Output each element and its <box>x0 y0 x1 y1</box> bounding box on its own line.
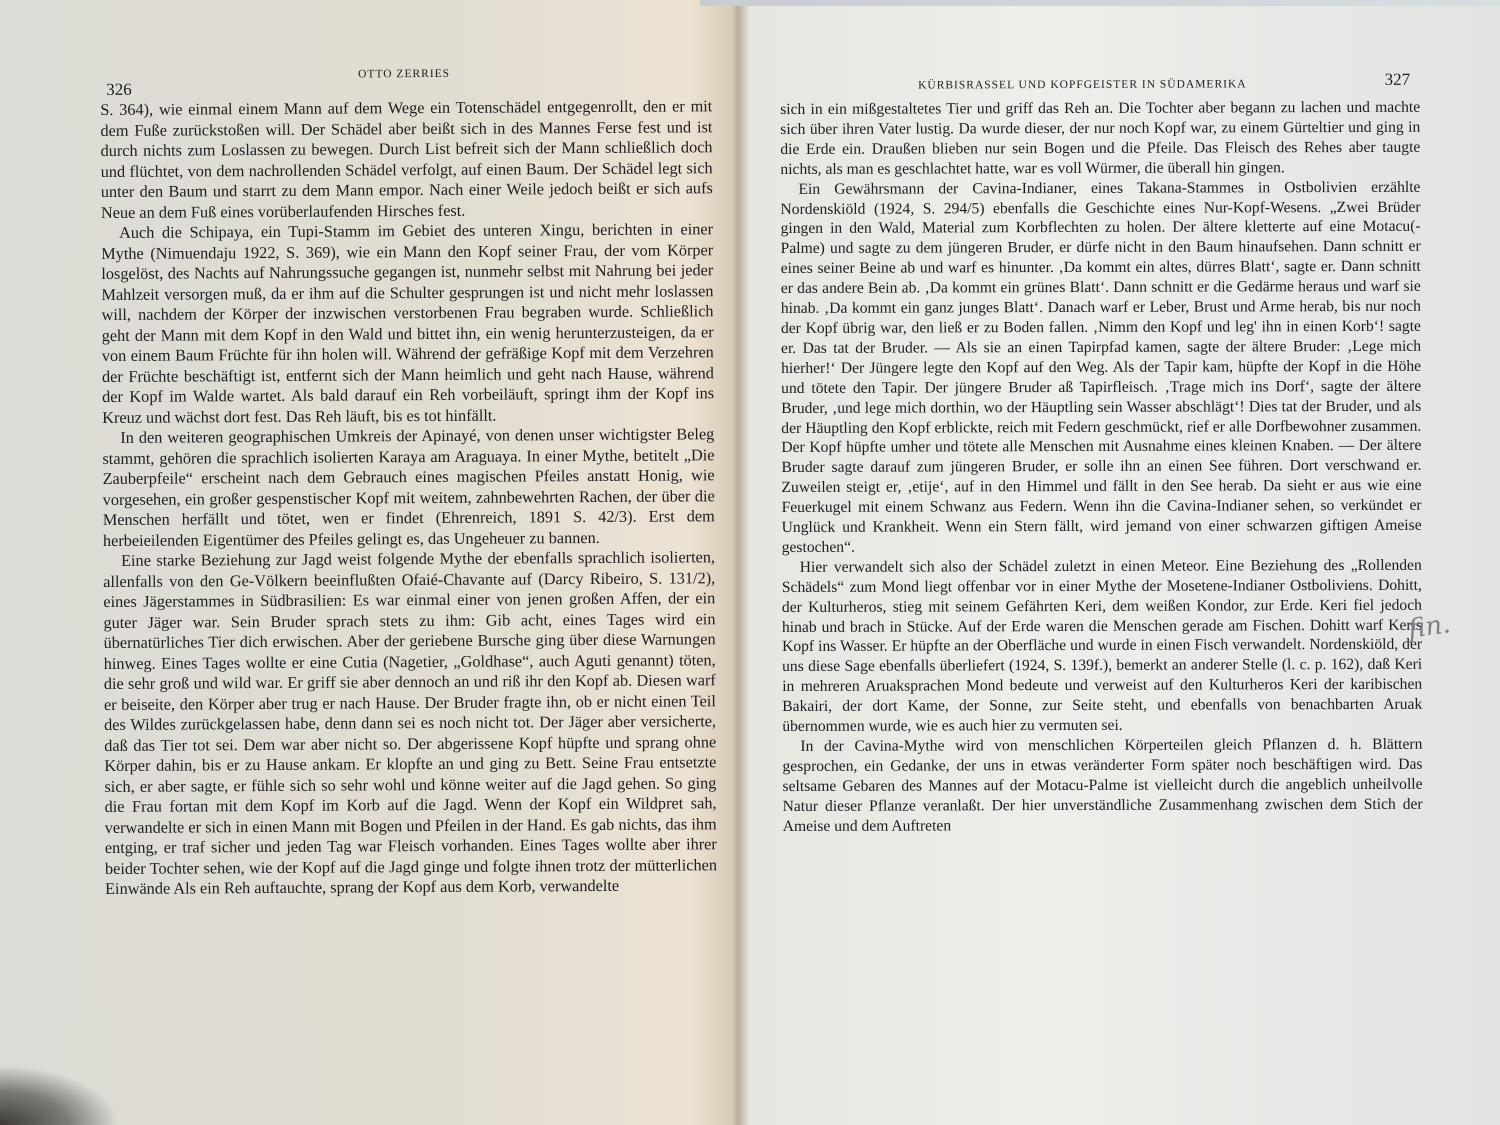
left-running-head: 326 OTTO ZERRIES <box>100 56 712 100</box>
left-running-title: OTTO ZERRIES <box>358 68 450 81</box>
right-running-head: KÜRBISRASSEL UND KOPFGEISTER IN SÜDAMERI… <box>780 58 1420 100</box>
paragraph: In der Cavina-Mythe wird von menschliche… <box>782 735 1422 837</box>
handwritten-margin-note: fin. <box>1406 609 1452 645</box>
paragraph: Auch die Schipaya, ein Tupi-Stamm im Geb… <box>101 219 714 428</box>
paragraph: Ein Gewährsmann der Cavina-Indianer, ein… <box>780 177 1421 557</box>
corner-shadow <box>0 1065 120 1125</box>
left-page-number: 326 <box>106 80 132 100</box>
right-page-number: 327 <box>1385 70 1411 90</box>
paragraph: S. 364), wie einmal einem Mann auf dem W… <box>100 96 713 223</box>
background-strip <box>700 0 1500 6</box>
paragraph: In den weiteren geographischen Umkreis d… <box>102 424 715 551</box>
paragraph: Hier verwandelt sich also der Schädel zu… <box>782 556 1423 737</box>
left-page: 326 OTTO ZERRIES S. 364), wie einmal ein… <box>100 56 717 899</box>
right-running-title: KÜRBISRASSEL UND KOPFGEISTER IN SÜDAMERI… <box>918 78 1247 91</box>
open-book-spread: 326 OTTO ZERRIES S. 364), wie einmal ein… <box>0 0 1500 1125</box>
left-body-text: S. 364), wie einmal einem Mann auf dem W… <box>100 96 717 899</box>
right-body-text: sich in ein mißgestaltetes Tier und grif… <box>780 98 1423 837</box>
paragraph: sich in ein mißgestaltetes Tier und grif… <box>780 98 1420 180</box>
paragraph: Eine starke Beziehung zur Jagd weist fol… <box>103 547 717 899</box>
right-page: KÜRBISRASSEL UND KOPFGEISTER IN SÜDAMERI… <box>780 58 1423 837</box>
